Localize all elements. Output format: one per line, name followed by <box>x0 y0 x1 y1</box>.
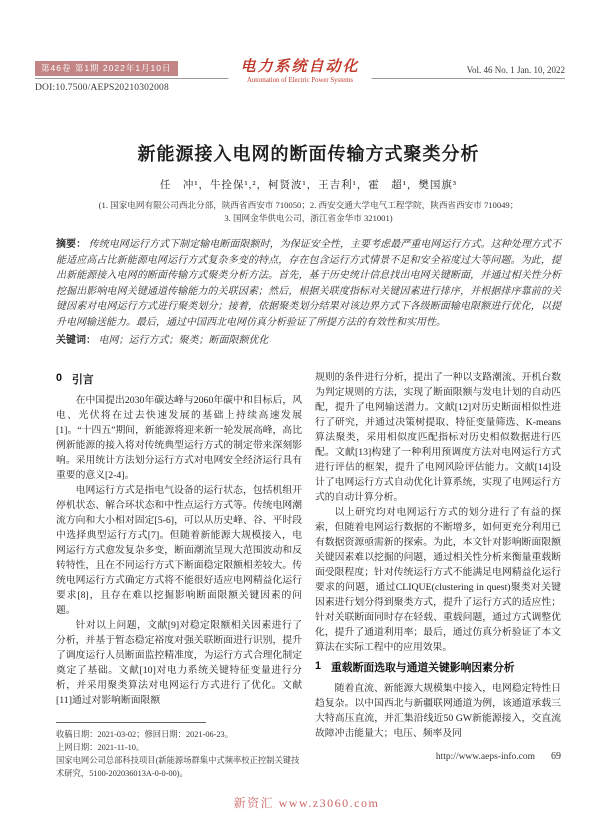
keywords-block: 关键词： 电网；运行方式；聚类；断面限额优化 <box>56 333 561 349</box>
page-title: 新能源接入电网的断面传输方式聚类分析 <box>56 140 561 166</box>
abstract-text: 传统电网运行方式下制定输电断面限额时，为保证安全性，主要考虑最严重电网运行方式。… <box>56 239 561 328</box>
footnote-line: 收稿日期：2021-03-02；修回日期：2021-06-23。 <box>56 728 302 741</box>
two-column-body: 0 引言 在中国提出2030年碳达峰与2060年碳中和目标后，风电、光伏将在过去… <box>56 370 561 780</box>
journal-logo: 电力系统自动化 Automation of Electric Power Sys… <box>228 59 371 85</box>
left-column: 0 引言 在中国提出2030年碳达峰与2060年碳中和目标后，风电、光伏将在过去… <box>56 370 302 780</box>
section-heading-1: 1 重载断面选取与通道关键影响因素分析 <box>315 660 561 675</box>
right-column: 规则的条件进行分析，提出了一种以支路潮流、开机台数为判定规则的方法，实现了断面限… <box>315 370 561 780</box>
journal-url: http://www.aeps-info.com <box>436 752 535 762</box>
journal-header: 第46卷 第1期 2022年1月10日 DOI:10.7500/AEPS2021… <box>35 58 565 106</box>
section-heading-0: 0 引言 <box>56 372 302 387</box>
footnote-block: 收稿日期：2021-03-02；修回日期：2021-06-23。 上网日期：20… <box>56 722 302 780</box>
paragraph: 在中国提出2030年碳达峰与2060年碳中和目标后，风电、光伏将在过去快速发展的… <box>56 393 302 483</box>
section-number: 1 <box>315 660 321 675</box>
keywords-label: 关键词： <box>56 335 96 346</box>
paragraph: 电网运行方式是指电气设备的运行状态，包括机组开停机状态、解合环状态和中性点运行方… <box>56 483 302 618</box>
section-title: 重载断面选取与通道关键影响因素分析 <box>331 660 515 675</box>
journal-title-en: Automation of Electric Power Systems <box>240 76 359 85</box>
issue-banner: 第46卷 第1期 2022年1月10日 <box>35 61 178 76</box>
doi-text: DOI:10.7500/AEPS20210302008 <box>35 83 169 93</box>
issue-info-en: Vol. 46 No. 1 Jan. 10, 2022 <box>467 65 565 75</box>
section-title: 引言 <box>72 372 94 387</box>
journal-title-cn: 电力系统自动化 <box>240 59 359 76</box>
abstract-block: 摘要： 传统电网运行方式下制定输电断面限额时，为保证安全性，主要考虑最严重电网运… <box>56 237 561 331</box>
article-content: 新能源接入电网的断面传输方式聚类分析 任 冲¹，牛拴保¹,²，柯贤波¹，王吉利¹… <box>56 140 561 780</box>
paragraph: 随着直流、新能源大规模集中接入，电网稳定特性日趋复杂。以中国西北与新疆联网通道为… <box>315 681 561 741</box>
paragraph: 以上研究均对电网运行方式的划分进行了有益的探索，但随着电网运行数据的不断增多，如… <box>315 505 561 655</box>
footnote-line: 上网日期：2021-11-10。 <box>56 741 302 754</box>
abstract-label: 摘要： <box>56 239 86 250</box>
affiliation-line: 3. 国网金华供电公司，浙江省金华市 321001) <box>56 212 561 225</box>
keywords-text: 电网；运行方式；聚类；断面限额优化 <box>99 335 269 346</box>
watermark-text: 新资汇 www.z3060.com <box>234 794 380 811</box>
paper-page: 第46卷 第1期 2022年1月10日 DOI:10.7500/AEPS2021… <box>0 0 613 825</box>
author-line: 任 冲¹，牛拴保¹,²，柯贤波¹，王吉利¹，霍 超¹，樊国旗³ <box>56 177 561 192</box>
footnote-divider <box>56 722 206 723</box>
page-footer: http://www.aeps-info.com 69 <box>315 751 561 762</box>
paragraph: 规则的条件进行分析，提出了一种以支路潮流、开机台数为判定规则的方法，实现了断面限… <box>315 370 561 505</box>
section-number: 0 <box>56 372 62 387</box>
paragraph: 针对以上问题，文献[9]对稳定限额相关因素进行了分析，并基于暂态稳定裕度对强关联… <box>56 618 302 708</box>
affiliation-line: (1. 国家电网有限公司西北分部，陕西省西安市 710050；2. 西安交通大学… <box>56 199 561 212</box>
page-number: 69 <box>551 751 561 762</box>
footnote-line: 国家电网公司总部科技项目(新能源场群集中式频率校正控制关键技术研究，5100-2… <box>56 754 302 780</box>
affiliations: (1. 国家电网有限公司西北分部，陕西省西安市 710050；2. 西安交通大学… <box>56 199 561 224</box>
